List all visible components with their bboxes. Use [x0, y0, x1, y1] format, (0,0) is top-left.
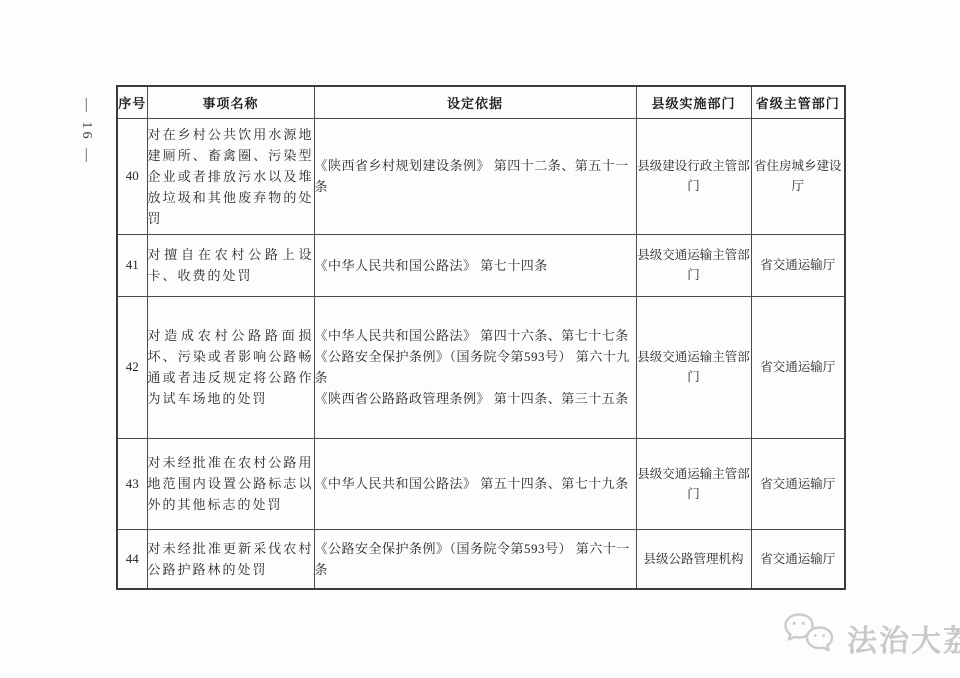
cell-county-dept: 县级公路管理机构 — [636, 529, 751, 589]
items-table: 序号 事项名称 设定依据 县级实施部门 省级主管部门 40 对在乡村公共饮用水源… — [116, 85, 846, 590]
cell-item-name: 对未经批准更新采伐农村公路护路林的处罚 — [147, 529, 314, 589]
watermark: 法治大荔 — [782, 612, 960, 664]
basis-citation: 《中华人民共和国公路法》 第七十四条 — [315, 255, 636, 276]
cell-item-name: 对擅自在农村公路上设卡、收费的处罚 — [147, 234, 314, 296]
basis-citation: 《陕西省乡村规划建设条例》 第四十二条、第五十一条 — [315, 155, 636, 197]
header-county: 县级实施部门 — [636, 86, 751, 118]
cell-seq: 42 — [117, 296, 147, 438]
watermark-label: 法治大荔 — [847, 616, 960, 660]
table-row: 43 对未经批准在农村公路用地范围内设置公路标志以外的其他标志的处罚 《中华人民… — [117, 438, 845, 529]
header-province: 省级主管部门 — [751, 86, 845, 118]
cell-province-dept: 省交通运输厅 — [751, 296, 845, 438]
cell-basis: 《中华人民共和国公路法》 第四十六条、第七十七条 《公路安全保护条例》（国务院令… — [314, 296, 636, 438]
cell-province-dept: 省住房城乡建设厅 — [751, 118, 845, 234]
cell-seq: 40 — [117, 118, 147, 234]
cell-basis: 《中华人民共和国公路法》 第七十四条 — [314, 234, 636, 296]
cell-county-dept: 县级交通运输主管部门 — [636, 296, 751, 438]
page-number: — 16 — — [78, 98, 94, 198]
cell-county-dept: 县级交通运输主管部门 — [636, 438, 751, 529]
basis-citation: 《公路安全保护条例》（国务院令第593号） 第六十九条 — [315, 346, 636, 388]
cell-item-name: 对造成农村公路路面损坏、污染或者影响公路畅通或者违反规定将公路作为试车场地的处罚 — [147, 296, 314, 438]
header-item-name: 事项名称 — [147, 86, 314, 118]
cell-basis: 《中华人民共和国公路法》 第五十四条、第七十九条 — [314, 438, 636, 529]
cell-province-dept: 省交通运输厅 — [751, 234, 845, 296]
cell-county-dept: 县级建设行政主管部门 — [636, 118, 751, 234]
table-row: 44 对未经批准更新采伐农村公路护路林的处罚 《公路安全保护条例》（国务院令第5… — [117, 529, 845, 589]
basis-citation: 《公路安全保护条例》（国务院令第593号） 第六十一条 — [315, 538, 636, 580]
cell-basis: 《陕西省乡村规划建设条例》 第四十二条、第五十一条 — [314, 118, 636, 234]
cell-seq: 44 — [117, 529, 147, 589]
basis-citation: 《陕西省公路路政管理条例》 第十四条、第三十五条 — [315, 388, 636, 409]
basis-citation: 《中华人民共和国公路法》 第四十六条、第七十七条 — [315, 325, 636, 346]
table-row: 42 对造成农村公路路面损坏、污染或者影响公路畅通或者违反规定将公路作为试车场地… — [117, 296, 845, 438]
cell-county-dept: 县级交通运输主管部门 — [636, 234, 751, 296]
table-header-row: 序号 事项名称 设定依据 县级实施部门 省级主管部门 — [117, 86, 845, 118]
cell-item-name: 对在乡村公共饮用水源地建厕所、畜禽圈、污染型企业或者排放污水以及堆放垃圾和其他废… — [147, 118, 314, 234]
cell-province-dept: 省交通运输厅 — [751, 438, 845, 529]
cell-seq: 41 — [117, 234, 147, 296]
header-basis: 设定依据 — [314, 86, 636, 118]
table-row: 40 对在乡村公共饮用水源地建厕所、畜禽圈、污染型企业或者排放污水以及堆放垃圾和… — [117, 118, 845, 234]
basis-citation: 《中华人民共和国公路法》 第五十四条、第七十九条 — [315, 473, 636, 494]
cell-province-dept: 省交通运输厅 — [751, 529, 845, 589]
table-row: 41 对擅自在农村公路上设卡、收费的处罚 《中华人民共和国公路法》 第七十四条 … — [117, 234, 845, 296]
document-page: — 16 — 序号 事项名称 设定依据 县级实施部门 省级主管部门 40 对在乡… — [0, 0, 960, 678]
wechat-icon — [782, 611, 838, 666]
cell-basis: 《公路安全保护条例》（国务院令第593号） 第六十一条 — [314, 529, 636, 589]
header-seq: 序号 — [117, 86, 147, 118]
cell-item-name: 对未经批准在农村公路用地范围内设置公路标志以外的其他标志的处罚 — [147, 438, 314, 529]
cell-seq: 43 — [117, 438, 147, 529]
